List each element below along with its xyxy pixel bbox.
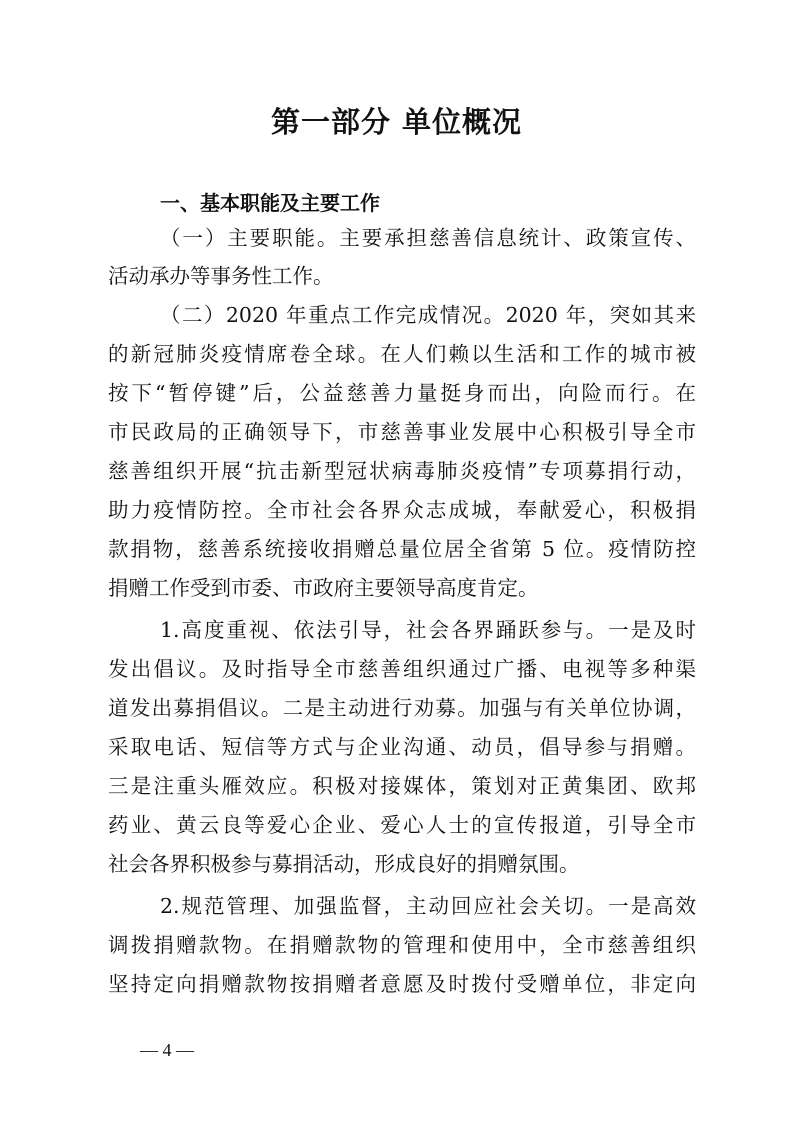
paragraph-line: 活动承办等事务性工作。 xyxy=(108,262,696,290)
paragraph-line: 市民政局的正确领导下，市慈善事业发展中心积极引导全市 xyxy=(108,418,696,446)
paragraph-line: （二）2020 年重点工作完成情况。2020 年，突如其来 xyxy=(160,301,696,329)
document-page: 第一部分 单位概况 一、基本职能及主要工作 （一）主要职能。主要承担慈善信息统计… xyxy=(0,0,793,1122)
paragraph-line: 1.高度重视、依法引导，社会各界踊跃参与。一是及时 xyxy=(160,616,696,644)
paragraph-line: 社会各界积极参与募捐活动，形成良好的捐赠氛围。 xyxy=(108,850,696,878)
paragraph-line: （一）主要职能。主要承担慈善信息统计、政策宣传、 xyxy=(160,224,696,252)
paragraph-line: 慈善组织开展“抗击新型冠状病毒肺炎疫情”专项募捐行动， xyxy=(108,457,696,485)
section-heading: 一、基本职能及主要工作 xyxy=(160,187,380,216)
paragraph-line: 2.规范管理、加强监督，主动回应社会关切。一是高效 xyxy=(160,892,696,920)
paragraph-line: 发出倡议。及时指导全市慈善组织通过广播、电视等多种渠 xyxy=(108,655,696,683)
page-number: — 4 — xyxy=(140,1040,194,1061)
paragraph-line: 的新冠肺炎疫情席卷全球。在人们赖以生活和工作的城市被 xyxy=(108,340,696,368)
paragraph-line: 三是注重头雁效应。积极对接媒体，策划对正黄集团、欧邦 xyxy=(108,772,696,800)
paragraph-line: 按下“暂停键”后，公益慈善力量挺身而出，向险而行。在 xyxy=(108,379,696,407)
paragraph-line: 调拨捐赠款物。在捐赠款物的管理和使用中，全市慈善组织 xyxy=(108,931,696,959)
paragraph-line: 药业、黄云良等爱心企业、爱心人士的宣传报道，引导全市 xyxy=(108,811,696,839)
paragraph-line: 道发出募捐倡议。二是主动进行劝募。加强与有关单位协调， xyxy=(108,694,696,722)
page-title: 第一部分 单位概况 xyxy=(0,100,793,141)
paragraph-line: 助力疫情防控。全市社会各界众志成城，奉献爱心，积极捐 xyxy=(108,496,696,524)
paragraph-line: 采取电话、短信等方式与企业沟通、动员，倡导参与捐赠。 xyxy=(108,733,696,761)
paragraph-line: 款捐物，慈善系统接收捐赠总量位居全省第 5 位。疫情防控 xyxy=(108,535,696,563)
paragraph-line: 坚持定向捐赠款物按捐赠者意愿及时拨付受赠单位，非定向 xyxy=(108,970,696,998)
paragraph-line: 捐赠工作受到市委、市政府主要领导高度肯定。 xyxy=(108,574,696,602)
